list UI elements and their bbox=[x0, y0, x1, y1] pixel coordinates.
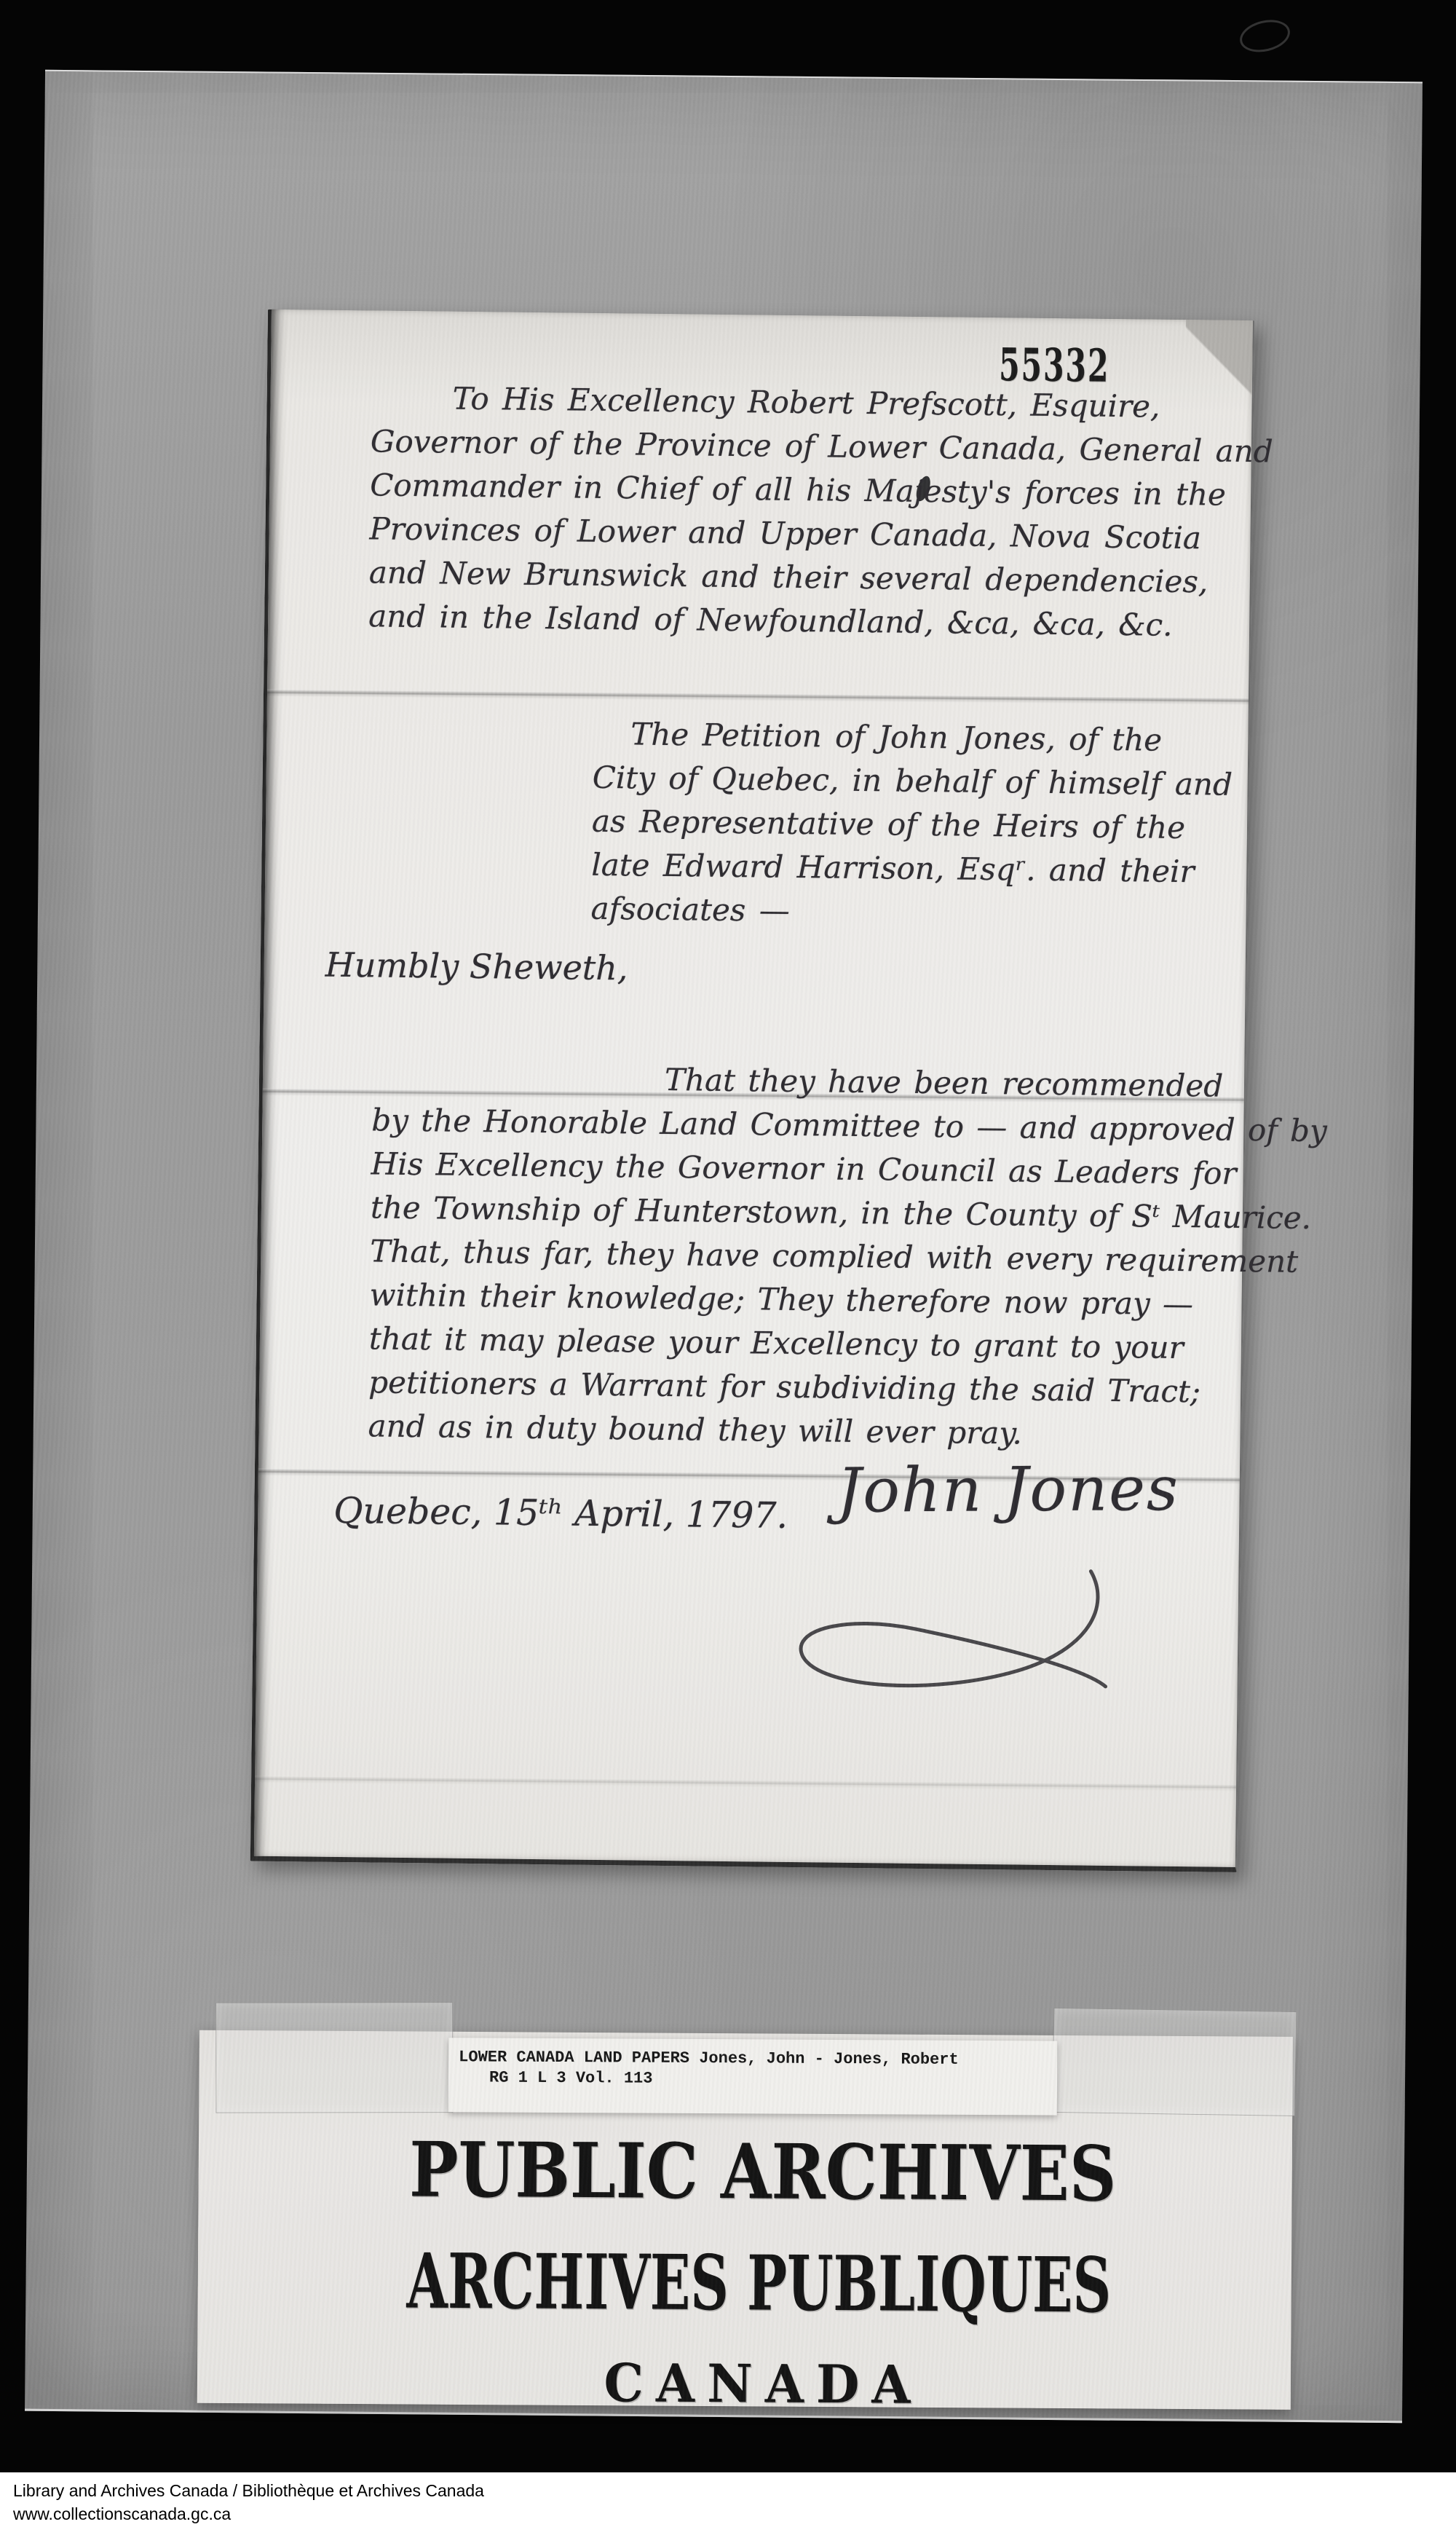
public-archives-fr-label: ARCHIVES PUBLIQUES bbox=[362, 2236, 1128, 2330]
collection-title: LOWER CANADA LAND PAPERS Jones, John - J… bbox=[448, 2038, 1057, 2069]
handwritten-line: as Representative of the Heirs of the bbox=[592, 800, 1233, 851]
lac-attribution: Library and Archives Canada / Bibliothèq… bbox=[13, 2481, 484, 2501]
lac-footer-bar: Library and Archives Canada / Bibliothèq… bbox=[0, 2472, 1456, 2535]
film-scratch-mark bbox=[1237, 15, 1294, 57]
petition-body-block: That they have been recommended by the H… bbox=[368, 1054, 1328, 1459]
address-block: To His Excellency Robert Prefscott, Esqu… bbox=[368, 376, 1274, 648]
canada-label: CANADA bbox=[224, 2349, 1263, 2418]
lac-url: www.collectionscanada.gc.ca bbox=[13, 2504, 231, 2524]
place-date-line: Quebec, 15ᵗʰ April, 1797. bbox=[333, 1490, 788, 1537]
typed-reference-label: LOWER CANADA LAND PAPERS Jones, John - J… bbox=[448, 2038, 1058, 2115]
public-archives-en-label: PUBLIC ARCHIVES bbox=[275, 2124, 1216, 2219]
tape-right bbox=[1052, 2008, 1297, 2116]
microfilm-photo: 55332 To His Excellency Robert Prefscott… bbox=[25, 70, 1423, 2423]
paper-fold-crease bbox=[255, 1775, 1236, 1791]
handwritten-line: afsociates — bbox=[590, 887, 1231, 938]
salutation: Humbly Sheweth, bbox=[325, 945, 628, 988]
paper-fold-crease bbox=[267, 690, 1249, 706]
handwritten-line: late Edward Harrison, Esqʳ. and their bbox=[591, 843, 1232, 894]
handwritten-line: and in the Island of Newfoundland, &ca, … bbox=[368, 594, 1271, 648]
signature-flourish bbox=[776, 1558, 1120, 1700]
petition-document: 55332 To His Excellency Robert Prefscott… bbox=[250, 310, 1254, 1872]
petition-intro-block: The Petition of John Jones, of the City … bbox=[590, 712, 1233, 938]
signature: John Jones bbox=[836, 1453, 1179, 1526]
handwritten-line: City of Quebec, in behalf of himself and bbox=[592, 756, 1233, 807]
tape-left bbox=[215, 2002, 453, 2113]
record-group-reference: RG 1 L 3 Vol. 113 bbox=[448, 2068, 1057, 2089]
handwritten-line: The Petition of John Jones, of the bbox=[593, 712, 1233, 763]
